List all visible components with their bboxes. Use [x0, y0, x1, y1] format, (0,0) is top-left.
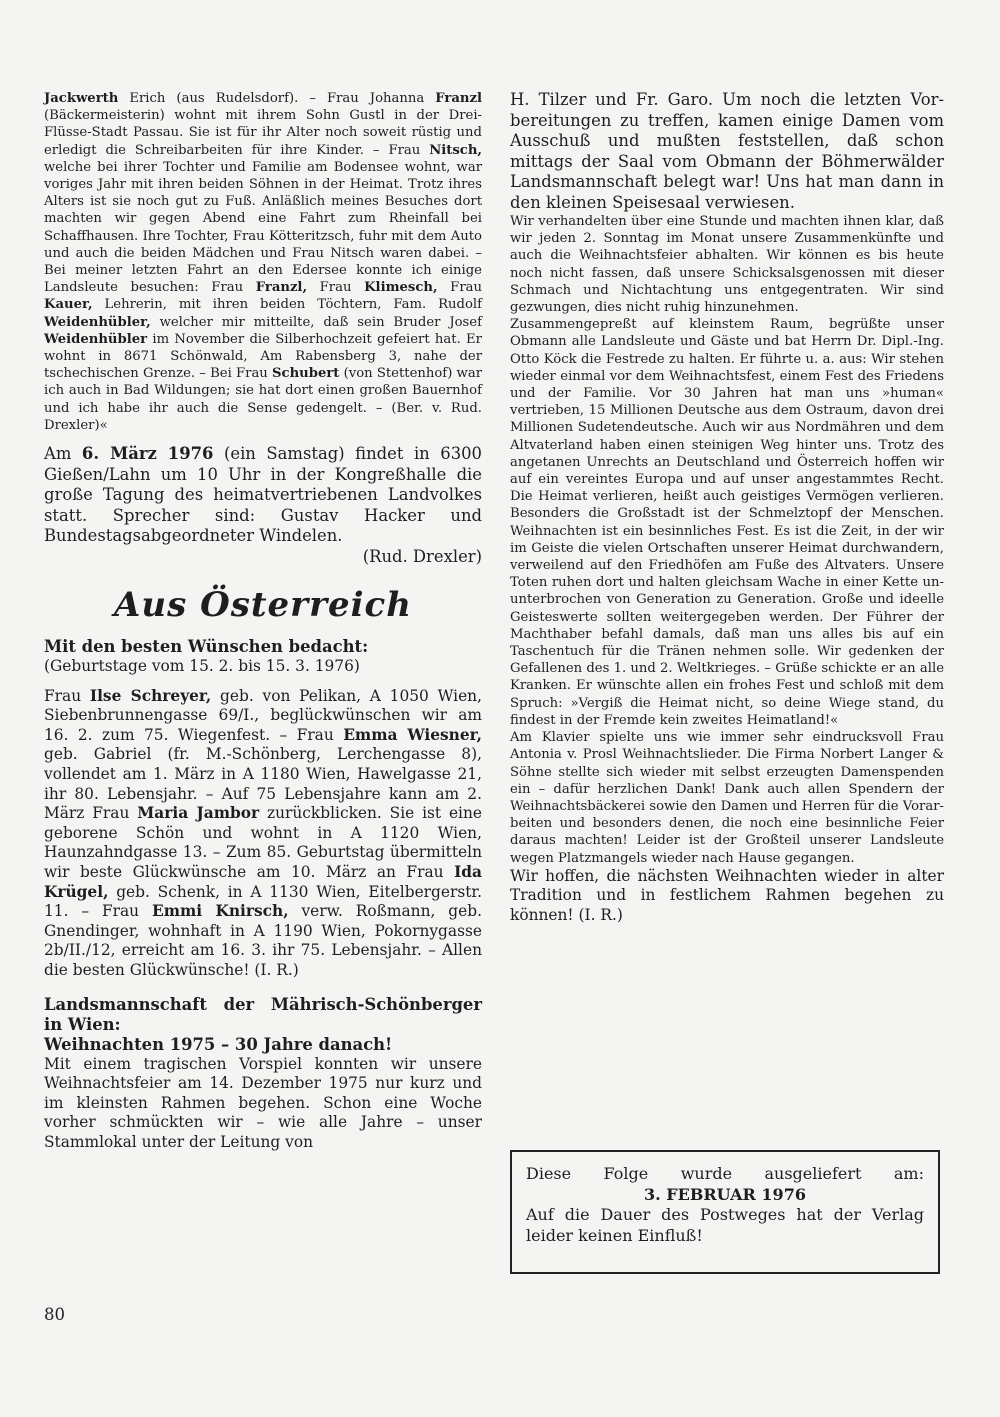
- christmas-closing: Wir hoffen, die nächsten Weihnachten wie…: [510, 867, 944, 926]
- birthday-range: (Geburtstage vom 15. 2. bis 15. 3. 1976): [44, 657, 482, 677]
- christmas-para-1: H. Tilzer und Fr. Garo. Um noch die letz…: [510, 90, 944, 213]
- article-drexler-report: Jackwerth Erich (aus Rudelsdorf). – Frau…: [44, 90, 482, 434]
- christmas-speech: Zusammengepreßt auf kleinstem Raum, begr…: [510, 316, 944, 729]
- notice-line-3: Auf die Dauer des Postweges hat der Verl…: [526, 1205, 924, 1246]
- christmas-thanks: Am Klavier spielte uns wie immer sehr ei…: [510, 729, 944, 867]
- event-signature: (Rud. Drexler): [44, 547, 482, 568]
- page-number: 80: [44, 1305, 65, 1324]
- birthday-heading: Mit den besten Wünschen bedacht:: [44, 637, 482, 657]
- notice-date: 3. FEBRUAR 1976: [526, 1185, 924, 1206]
- association-heading: Landsmannschaft der Mährisch-Schönberger…: [44, 995, 482, 1035]
- delivery-notice-box: Diese Folge wurde ausgeliefert am: 3. FE…: [510, 1150, 940, 1274]
- birthday-list: Frau Ilse Schreyer, geb. von Pelikan, A …: [44, 687, 482, 981]
- right-column: H. Tilzer und Fr. Garo. Um noch die letz…: [510, 90, 944, 926]
- association-intro: Mit einem tragischen Vorspiel konnten wi…: [44, 1055, 482, 1153]
- christmas-para-2: Wir verhandelten über eine Stunde und ma…: [510, 213, 944, 316]
- left-column: Jackwerth Erich (aus Rudelsdorf). – Frau…: [44, 90, 482, 1153]
- event-announcement: Am 6. März 1976 (ein Samstag) findet in …: [44, 444, 482, 547]
- association-subheading: Weihnachten 1975 – 30 Jahre danach!: [44, 1035, 482, 1055]
- section-title-aus-oesterreich: Aus Österreich: [44, 585, 482, 625]
- notice-line-1: Diese Folge wurde ausgeliefert am:: [526, 1164, 924, 1185]
